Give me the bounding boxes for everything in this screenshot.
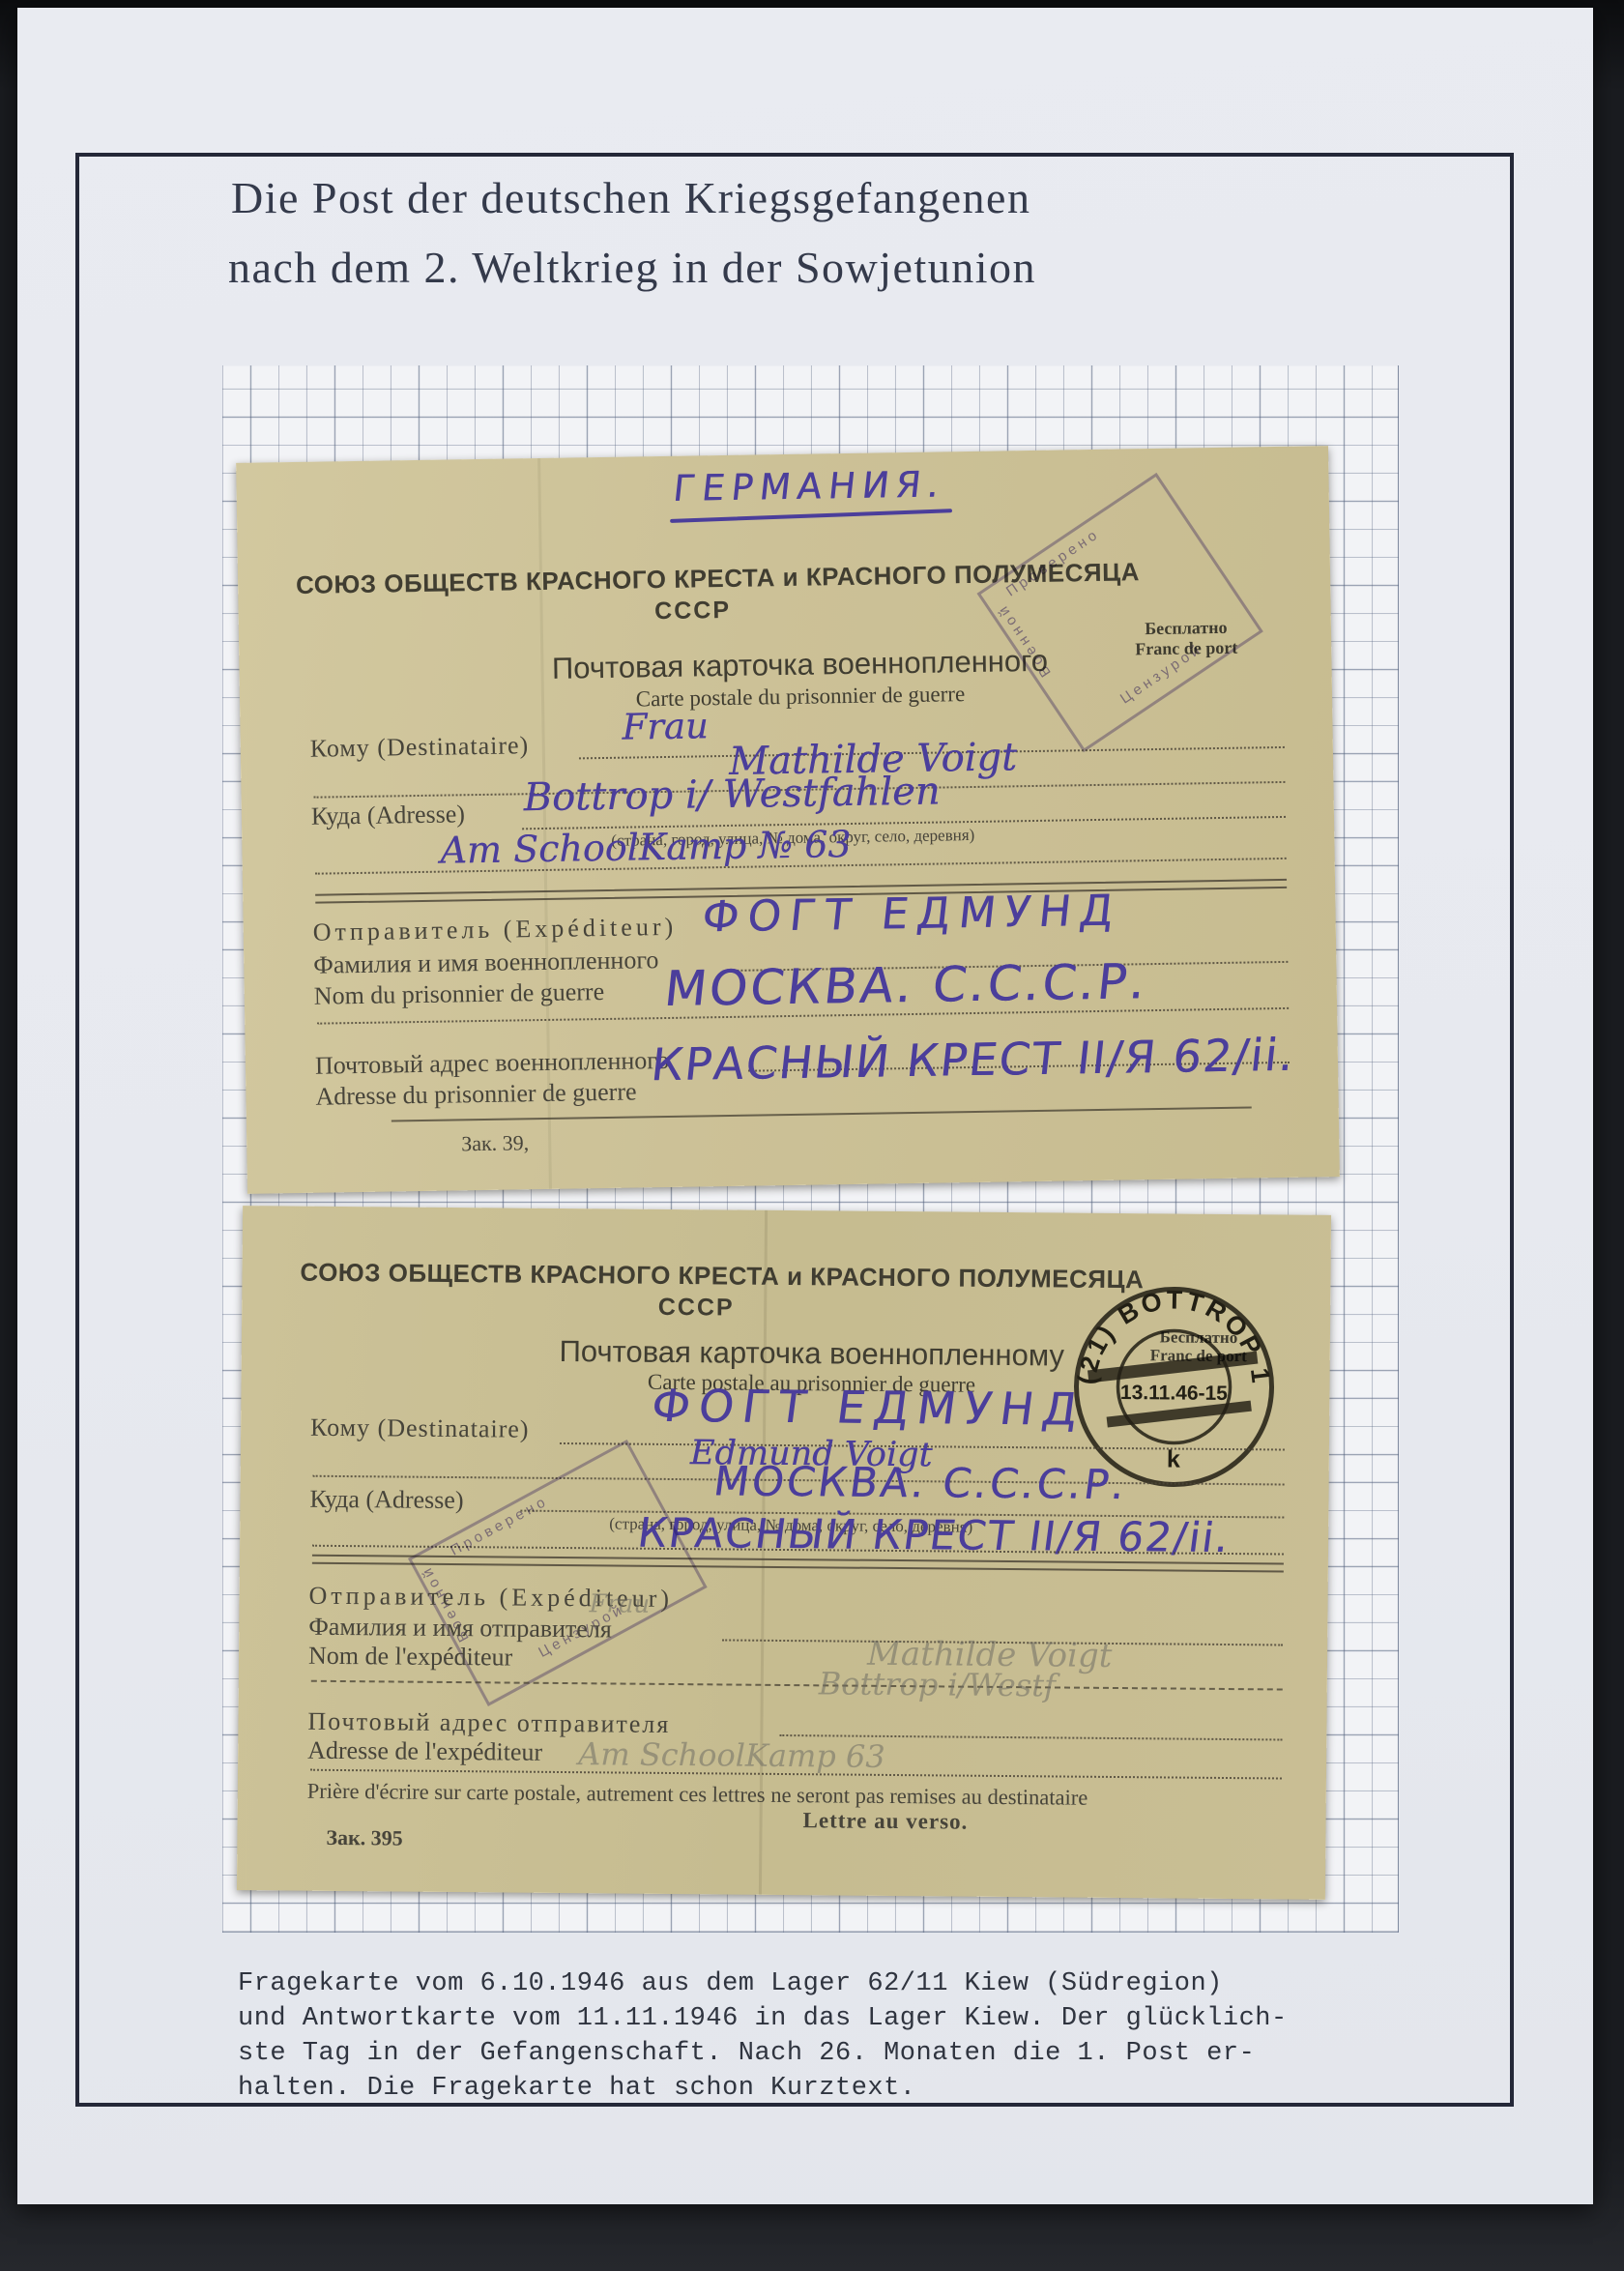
handwriting-country: ГЕРМАНИЯ. [671,463,947,509]
pencil-frau: Frau [589,1589,650,1619]
to-label: Кому (Destinataire) [310,1413,530,1444]
caption-line-3: ste Tag in der Gefangenschaft. Nach 26. … [238,2036,1436,2071]
sender-sublabel-fr: Nom de l'expéditeur [308,1642,512,1673]
print-order-number: Зак. 395 [326,1825,403,1851]
card-type-ru: Почтовая карточка военнопленному [541,1334,1083,1374]
album-photo: Die Post der deutschen Kriegsgefangenen … [0,0,1624,2271]
handwriting-fogt-edmund: ФОГТ ЕДМУНД [700,887,1124,943]
typewritten-caption: Fragekarte vom 6.10.1946 aus dem Lager 6… [238,1966,1436,2106]
postmark-index-letter: k [1167,1445,1180,1472]
sender-label: Отправитель (Expéditeur) [313,913,678,947]
sender-sublabel-fr: Nom du prisonnier de guerre [314,977,605,1011]
album-page: Die Post der deutschen Kriegsgefangenen … [17,8,1593,2204]
caption-line-1: Fragekarte vom 6.10.1946 aus dem Lager 6… [238,1966,1436,2001]
bottom-rule [391,1107,1252,1122]
org-name-line2: СССР [300,1291,1092,1325]
org-name-line1: СОЮЗ ОБЩЕСТВ КРАСНОГО КРЕСТА и КРАСНОГО … [300,1258,1092,1295]
sender-sublabel-ru: Фамилия и имя отправителя [308,1613,612,1645]
page-title-line2: nach dem 2. Weltkrieg in der Sowjetunion [228,242,1036,293]
censor-stamp: Проверено Военной Цензурой [976,473,1262,752]
sender-line-2 [311,1680,1283,1691]
caption-line-2: und Antwortkarte vom 11.11.1946 in das L… [238,2001,1436,2036]
to-label: Кому (Destinataire) [310,731,530,764]
pencil-bottrop: Bottrop i/Westf [819,1665,1056,1703]
handwriting-fogt-edmund: ФОГТ ЕДМУНД [649,1380,1089,1436]
page-title-line1: Die Post der deutschen Kriegsgefangenen [231,172,1030,223]
sender-address-label-ru: Почтовый адрес отправителя [307,1707,670,1739]
handwriting-frau: Frau [622,705,709,747]
handwriting-schoolkamp: Am SchoolKamp № 63 [440,823,852,872]
sender-address-label-fr: Adresse de l'expéditeur [307,1736,542,1767]
verso-note: Lettre au verso. [802,1808,968,1834]
handwriting-moskva: МОСКВА. С.С.С.Р. [710,1457,1130,1508]
address-label: Куда (Adresse) [309,1485,463,1515]
notice-text: Prière d'écrire sur carte postale, autre… [307,1779,1088,1811]
postcard-fragekarte: ГЕРМАНИЯ. СОЮЗ ОБЩЕСТВ КРАСНОГО КРЕСТА и… [236,446,1340,1194]
handwriting-underline [670,509,952,523]
postcard-antwortkarte: СОЮЗ ОБЩЕСТВ КРАСНОГО КРЕСТА и КРАСНОГО … [237,1206,1331,1900]
caption-line-4: halten. Die Fragekarte hat schon Kurztex… [238,2071,1436,2106]
pow-address-label-fr: Adresse du prisonnier de guerre [315,1077,637,1111]
sender-sublabel-ru: Фамилия и имя военнопленного [313,946,659,980]
pencil-schoolkamp: Am SchoolKamp 63 [578,1735,885,1775]
pow-address-label-ru: Почтовый адрес военнопленного [315,1046,670,1081]
card-type-ru: Почтовая карточка военнопленного [529,643,1070,686]
censor-word-bottom: Цензурой [1117,640,1206,707]
handwriting-moskva: МОСКВА. С.С.С.Р. [662,953,1151,1017]
address-label: Куда (Adresse) [311,800,466,830]
postmark-date: 13.11.46-15 [1120,1382,1228,1405]
handwriting-krasny-krest: КРАСНЫЙ КРЕСТ II/Я 62/ii. [649,1029,1298,1092]
print-order-number: Зак. 39, [461,1130,529,1156]
handwriting-bottrop: Bottrop i/ Westfahlen [523,770,941,821]
